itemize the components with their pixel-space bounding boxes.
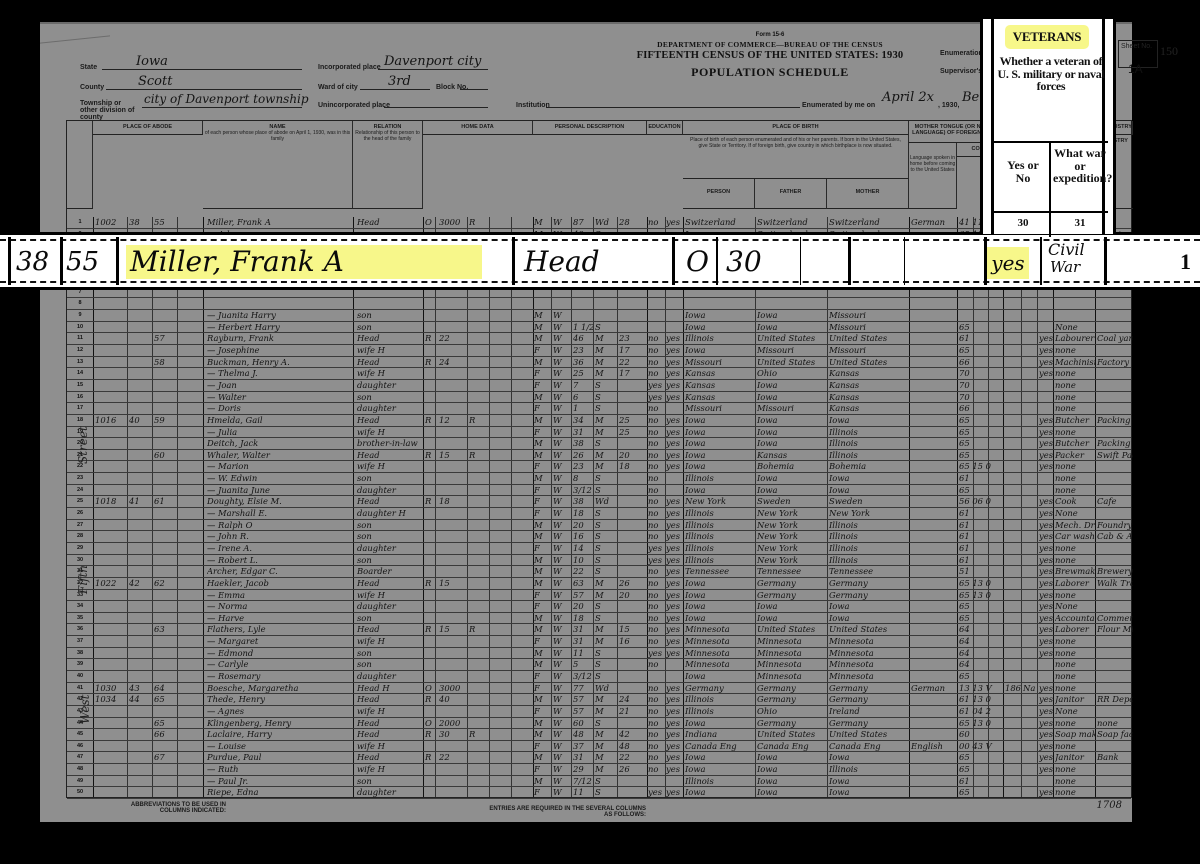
cell-eng: yes — [1039, 613, 1053, 624]
cell-tongue — [911, 787, 957, 798]
cell-mother: Iowa — [829, 776, 909, 787]
cell-tongue — [911, 752, 957, 763]
cell-family: 67 — [154, 752, 176, 763]
cell-tenure — [425, 566, 435, 577]
cell-tenure — [425, 508, 435, 519]
cell-relation: son — [357, 473, 423, 484]
page-number: 150 — [1160, 44, 1178, 59]
cell-tongue — [911, 310, 957, 321]
cell-industry: Soap factory — [1097, 729, 1133, 740]
cell-birth: Canada Eng — [685, 741, 755, 752]
cell-birth: Iowa — [685, 601, 755, 612]
cell-read: yes — [666, 706, 683, 717]
cell-marital: M — [595, 729, 617, 740]
cell-married-age — [619, 543, 645, 554]
cell-immig — [1005, 694, 1021, 705]
cell-eng: yes — [1039, 368, 1053, 379]
cell-mother: Missouri — [829, 345, 909, 356]
cell-nat: Na — [1023, 683, 1037, 694]
cell-tongue — [911, 473, 957, 484]
cell-value — [439, 485, 467, 496]
cell-marital: S — [595, 648, 617, 659]
cell-name: Laclaire, Harry — [207, 729, 353, 740]
cell-eng: yes — [1039, 555, 1053, 566]
cell-nat — [1023, 310, 1037, 321]
cell-family — [154, 741, 176, 752]
cell-industry — [1097, 322, 1133, 333]
cell-school: no — [648, 217, 665, 228]
table-row: 10— Herbert HarrysonMW1 1/2SIowaIowaMiss… — [67, 322, 1131, 334]
cell-code: 61 — [959, 520, 1003, 531]
cell-age: 6 — [573, 392, 593, 403]
cell-race: W — [553, 403, 571, 414]
cell-sex: F — [534, 764, 551, 775]
cell-immig — [1005, 403, 1021, 414]
cell-eng: yes — [1039, 531, 1053, 542]
cell-value — [439, 310, 467, 321]
cell-tongue — [911, 461, 957, 472]
cell-industry — [1097, 380, 1133, 391]
cell-dwelling — [129, 729, 151, 740]
cell-tenure: R — [425, 415, 435, 426]
cell-value: 18 — [439, 496, 467, 507]
cell-father: Iowa — [757, 764, 827, 775]
cell-race: W — [553, 601, 571, 612]
cell-industry — [1097, 683, 1133, 694]
table-row: 14— Thelma J.wife HFW25M17noyesKansasOhi… — [67, 368, 1131, 380]
cell-occupation: Packer — [1055, 450, 1095, 461]
cell-relation: son — [357, 392, 423, 403]
cell-tenure: R — [425, 752, 435, 763]
cell-radio — [469, 659, 489, 670]
cell-code: 65 — [959, 787, 1003, 798]
cell-dwelling: 40 — [129, 415, 151, 426]
cell-industry: Walk Track Co — [1097, 578, 1133, 589]
table-row: 2510184161Doughty, Elsie M.HeadR18FW38Wd… — [67, 496, 1131, 508]
cell-mother: Tennessee — [829, 566, 909, 577]
cell-relation: son — [357, 613, 423, 624]
cell-marital: M — [595, 706, 617, 717]
cell-married-age — [619, 601, 645, 612]
cell-code: 65 — [959, 764, 1003, 775]
cell-sex: M — [534, 357, 551, 368]
strip-name-highlighted: Miller, Frank A — [126, 245, 482, 279]
cell-code: 66 — [959, 403, 1003, 414]
cell-house — [95, 392, 127, 403]
cell-sex: M — [534, 531, 551, 542]
cell-race: W — [553, 718, 571, 729]
cell-radio — [469, 683, 489, 694]
cell-marital: S — [595, 718, 617, 729]
cell-school: no — [648, 659, 665, 670]
cell-birth: Iowa — [685, 718, 755, 729]
cell-occupation: Mech. Draughtsman — [1055, 520, 1095, 531]
cell-name: — Josephine — [207, 345, 353, 356]
table-row: 4110304364Boesche, MargarethaHead HO3000… — [67, 683, 1131, 695]
cell-name: — Herbert Harry — [207, 322, 353, 333]
cell-age: 10 — [573, 555, 593, 566]
cell-race: W — [553, 659, 571, 670]
cell-n: 15 — [67, 380, 93, 391]
cell-radio — [469, 403, 489, 414]
cell-code: 61 — [959, 473, 1003, 484]
cell-birth: Iowa — [685, 787, 755, 798]
cell-tongue — [911, 706, 957, 717]
cell-tenure — [425, 438, 435, 449]
cell-race: W — [553, 357, 571, 368]
cell-race: W — [553, 438, 571, 449]
cell-school: no — [648, 508, 665, 519]
cell-value — [439, 508, 467, 519]
cell-father: United States — [757, 729, 827, 740]
cell-tongue — [911, 601, 957, 612]
cell-value — [439, 520, 467, 531]
cell-occupation: Car washer — [1055, 531, 1095, 542]
cell-nat — [1023, 601, 1037, 612]
cell-code: 61 04 2 — [959, 706, 1003, 717]
cell-read — [666, 403, 683, 414]
cell-married-age — [619, 438, 645, 449]
cell-radio — [469, 392, 489, 403]
cell-father: Iowa — [757, 776, 827, 787]
cell-immig — [1005, 438, 1021, 449]
strip-dash-bottom — [0, 281, 1200, 283]
cell-birth: Indiana — [685, 729, 755, 740]
cell-race: W — [553, 345, 571, 356]
cell-race: W — [553, 706, 571, 717]
cell-marital: S — [595, 601, 617, 612]
cell-family: 57 — [154, 333, 176, 344]
col-group-education: EDUCATION — [647, 121, 683, 135]
cell-house — [95, 473, 127, 484]
cell-name: — Marion — [207, 461, 353, 472]
cell-mother: Illinois — [829, 543, 909, 554]
cell-code: 65 — [959, 613, 1003, 624]
cell-sex: M — [534, 776, 551, 787]
cell-value — [439, 543, 467, 554]
cell-eng — [1039, 392, 1053, 403]
cell-name: — Robert L. — [207, 555, 353, 566]
cell-race: W — [553, 566, 571, 577]
cell-father: New York — [757, 531, 827, 542]
cell-married-age — [619, 310, 645, 321]
cell-tongue — [911, 764, 957, 775]
cell-dwelling: 38 — [129, 217, 151, 228]
cell-house — [95, 601, 127, 612]
strip-divider — [848, 237, 851, 285]
cell-industry: Packing Plant — [1097, 415, 1133, 426]
cell-read: yes — [666, 787, 683, 798]
cell-radio — [469, 520, 489, 531]
col-name: NAMEof each person whose place of abode … — [203, 121, 353, 209]
cell-occupation: none — [1055, 636, 1095, 647]
cell-n: 8 — [67, 298, 93, 309]
cell-father: Ohio — [757, 368, 827, 379]
block-line — [460, 76, 488, 90]
cell-code: 65 — [959, 671, 1003, 682]
strip-relation: Head — [524, 245, 600, 278]
cell-married-age — [619, 485, 645, 496]
cell-read: yes — [666, 752, 683, 763]
cell-nat — [1023, 648, 1037, 659]
cell-industry — [1097, 741, 1133, 752]
cell-tenure — [425, 298, 435, 309]
cell-house — [95, 520, 127, 531]
cell-read: yes — [666, 217, 683, 228]
cell-value — [439, 601, 467, 612]
cell-marital: M — [595, 357, 617, 368]
cell-tongue — [911, 729, 957, 740]
vet-column-divider — [1049, 143, 1051, 237]
cell-dwelling — [129, 601, 151, 612]
cell-relation: Head — [357, 496, 423, 507]
cell-read: yes — [666, 380, 683, 391]
cell-school: no — [648, 345, 665, 356]
incorporated-label: Incorporated place — [318, 64, 381, 71]
cell-mother: Bohemia — [829, 461, 909, 472]
cell-married-age: 25 — [619, 427, 645, 438]
cell-family — [154, 520, 176, 531]
cell-nat — [1023, 473, 1037, 484]
cell-tenure — [425, 403, 435, 414]
cell-name: — Margaret — [207, 636, 353, 647]
cell-tenure — [425, 392, 435, 403]
cell-nat — [1023, 345, 1037, 356]
table-row: 27— Ralph OsonMW20SnoyesIllinoisNew York… — [67, 520, 1131, 532]
cell-n: 1 — [67, 217, 93, 228]
cell-radio — [469, 636, 489, 647]
cell-eng: yes — [1039, 438, 1053, 449]
strip-divider — [1104, 237, 1107, 285]
cell-house — [95, 333, 127, 344]
cell-industry — [1097, 590, 1133, 601]
col-group-personal-description: PERSONAL DESCRIPTION — [533, 121, 647, 135]
cell-value — [439, 648, 467, 659]
cell-father: Iowa — [757, 380, 827, 391]
cell-n: 45 — [67, 729, 93, 740]
cell-tenure — [425, 590, 435, 601]
cell-house — [95, 624, 127, 635]
cell-read — [666, 776, 683, 787]
cell-sex: F — [534, 706, 551, 717]
cell-father: Switzerland — [757, 217, 827, 228]
cell-tenure — [425, 322, 435, 333]
table-row: 48— Ruthwife HFW29M26noyesIowaIowaIllino… — [67, 764, 1131, 776]
cell-age: 23 — [573, 345, 593, 356]
cell-family — [154, 427, 176, 438]
cell-birth: Kansas — [685, 380, 755, 391]
cell-house — [95, 543, 127, 554]
cell-dwelling — [129, 403, 151, 414]
cell-dwelling — [129, 741, 151, 752]
cell-married-age — [619, 555, 645, 566]
cell-tongue — [911, 368, 957, 379]
cell-read: yes — [666, 624, 683, 635]
cell-birth: Minnesota — [685, 636, 755, 647]
cell-race: W — [553, 473, 571, 484]
cell-marital: M — [595, 624, 617, 635]
cell-house — [95, 613, 127, 624]
cell-code: 64 — [959, 659, 1003, 670]
strip-divider — [8, 237, 11, 285]
unincorporated-label: Unincorporated place — [318, 102, 390, 109]
cell-age: 31 — [573, 752, 593, 763]
cell-married-age — [619, 613, 645, 624]
cell-tenure — [425, 671, 435, 682]
cell-race: W — [553, 531, 571, 542]
cell-eng: yes — [1039, 578, 1053, 589]
cell-relation — [357, 298, 423, 309]
cell-eng: yes — [1039, 508, 1053, 519]
cell-tenure — [425, 427, 435, 438]
cell-father: Iowa — [757, 752, 827, 763]
cell-race — [553, 298, 571, 309]
cell-name: — Doris — [207, 403, 353, 414]
cell-marital: S — [595, 403, 617, 414]
schedule-title: POPULATION SCHEDULE — [600, 65, 940, 80]
cell-married-age — [619, 403, 645, 414]
cell-tenure — [425, 601, 435, 612]
cell-n: 9 — [67, 310, 93, 321]
cell-nat — [1023, 415, 1037, 426]
cell-radio — [469, 764, 489, 775]
cell-occupation: Brewmaker — [1055, 566, 1095, 577]
cell-nat — [1023, 566, 1037, 577]
table-row: 26— Marshall E.daughter HFW18SnoyesIllin… — [67, 508, 1131, 520]
cell-mother: Illinois — [829, 427, 909, 438]
col-mother: MOTHER — [827, 179, 909, 209]
table-row: 29— Irene A.daughterFW14SyesyesIllinoisN… — [67, 543, 1131, 555]
cell-name: — Emma — [207, 590, 353, 601]
cell-marital: M — [595, 368, 617, 379]
cell-dwelling — [129, 590, 151, 601]
table-row: 46— Louisewife HFW37M48noyesCanada EngCa… — [67, 741, 1131, 753]
cell-eng: yes — [1039, 461, 1053, 472]
cell-sex: M — [534, 578, 551, 589]
cell-age: 77 — [573, 683, 593, 694]
cell-tongue — [911, 403, 957, 414]
abbreviations-footer: ABBREVIATIONS TO BE USED IN COLUMNS INDI… — [66, 800, 1132, 824]
cell-code: 13 13 V — [959, 683, 1003, 694]
cell-mother: Germany — [829, 694, 909, 705]
cell-mother: New York — [829, 508, 909, 519]
strip-dash-top — [0, 239, 1200, 241]
cell-code: 65 — [959, 752, 1003, 763]
col-group-place-of-birth: PLACE OF BIRTH — [683, 121, 909, 135]
cell-tongue — [911, 427, 957, 438]
cell-sex: M — [534, 473, 551, 484]
cell-married-age: 42 — [619, 729, 645, 740]
cell-house — [95, 566, 127, 577]
ward-label: Ward of city — [318, 84, 358, 91]
cell-sex: M — [534, 648, 551, 659]
cell-family — [154, 613, 176, 624]
cell-read: yes — [666, 427, 683, 438]
cell-occupation: None — [1055, 601, 1095, 612]
cell-mother: Germany — [829, 590, 909, 601]
cell-relation: Head — [357, 694, 423, 705]
cell-married-age: 17 — [619, 368, 645, 379]
col-group-home-data: HOME DATA — [423, 121, 533, 135]
cell-occupation: none — [1055, 659, 1095, 670]
cell-school: yes — [648, 392, 665, 403]
strip-divider — [60, 237, 63, 285]
cell-occupation: Cook — [1055, 496, 1095, 507]
cell-radio — [469, 718, 489, 729]
cell-n: 37 — [67, 636, 93, 647]
cell-dwelling — [129, 543, 151, 554]
cell-eng: yes — [1039, 590, 1053, 601]
cell-industry: Coal yards — [1097, 333, 1133, 344]
cell-eng: yes — [1039, 729, 1053, 740]
cell-age: 1 1/2 — [573, 322, 593, 333]
cell-married-age: 22 — [619, 357, 645, 368]
cell-immig — [1005, 485, 1021, 496]
cell-father: Iowa — [757, 322, 827, 333]
cell-name: — Harve — [207, 613, 353, 624]
cell-age: 60 — [573, 718, 593, 729]
cell-father: Germany — [757, 590, 827, 601]
cell-tenure — [425, 764, 435, 775]
cell-house: 1022 — [95, 578, 127, 589]
cell-sex: M — [534, 333, 551, 344]
cell-tenure: R — [425, 450, 435, 461]
cell-relation: wife H — [357, 368, 423, 379]
cell-eng — [1039, 310, 1053, 321]
cell-relation: daughter — [357, 380, 423, 391]
table-row: 110023855Miller, Frank AHeadO3000RMW87Wd… — [67, 217, 1131, 229]
cell-sex: M — [534, 438, 551, 449]
cell-relation: wife H — [357, 345, 423, 356]
cell-code: 61 — [959, 531, 1003, 542]
cell-tenure — [425, 380, 435, 391]
cell-value — [439, 671, 467, 682]
cell-industry: RR Depot — [1097, 694, 1133, 705]
veterans-callout: VETERANS Whether a veteran of U. S. mili… — [980, 16, 1116, 234]
cell-eng: yes — [1039, 333, 1053, 344]
cell-married-age: 20 — [619, 450, 645, 461]
cell-relation: daughter H — [357, 508, 423, 519]
cell-mother: Missouri — [829, 310, 909, 321]
cell-eng: yes — [1039, 427, 1053, 438]
cell-race: W — [553, 427, 571, 438]
cell-tongue — [911, 450, 957, 461]
cell-race: W — [553, 461, 571, 472]
abbreviations-title: ABBREVIATIONS TO BE USED IN COLUMNS INDI… — [116, 802, 226, 814]
cell-sex: F — [534, 601, 551, 612]
cell-eng: yes — [1039, 787, 1053, 798]
cell-sex: F — [534, 427, 551, 438]
cell-sex: F — [534, 380, 551, 391]
cell-tenure — [425, 543, 435, 554]
cell-school: no — [648, 578, 665, 589]
cell-nat — [1023, 368, 1037, 379]
enumerated-year: , 1930, — [938, 102, 959, 109]
cell-family — [154, 543, 176, 554]
cell-school: yes — [648, 380, 665, 391]
cell-value — [439, 345, 467, 356]
table-row: 38— EdmondsonMW11SyesyesMinnesotaMinneso… — [67, 648, 1131, 660]
cell-name: — Ralph O — [207, 520, 353, 531]
cell-eng: yes — [1039, 752, 1053, 763]
cell-read: yes — [666, 566, 683, 577]
cell-married-age: 20 — [619, 590, 645, 601]
cell-n: 16 — [67, 392, 93, 403]
cell-sex: M — [534, 310, 551, 321]
cell-married-age: 26 — [619, 764, 645, 775]
cell-value: 40 — [439, 694, 467, 705]
cell-mother: Germany — [829, 683, 909, 694]
